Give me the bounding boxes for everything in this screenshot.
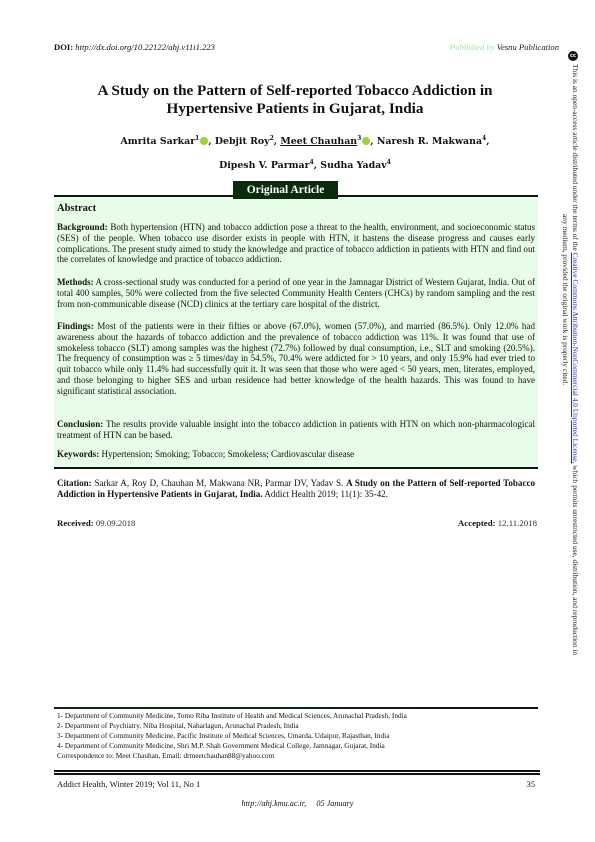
affiliation: 2- Department of Psychiatry, Niba Hospit… [57, 721, 537, 731]
divider [54, 770, 540, 772]
corresponding-author: Meet Chauhan [280, 136, 357, 147]
affiliation: 3- Department of Community Medicine, Pac… [57, 731, 537, 741]
author-list: Amrita Sarkar1, Debjit Roy2, Meet Chauha… [40, 130, 570, 178]
abstract-methods: Methods: A cross-sectional study was con… [57, 277, 535, 309]
publisher-name: Vesnu Publication [497, 42, 559, 52]
footer-url: http://ahj.kmu.ac.ir, 05 January [0, 799, 595, 808]
affiliations: 1- Department of Community Medicine, Tom… [57, 711, 537, 761]
creative-commons-icon: cc [568, 51, 578, 61]
doi-label: DOI: [54, 42, 73, 52]
publisher: Published by Vesnu Publication [450, 42, 559, 52]
author: Amrita Sarkar [121, 136, 196, 147]
divider [54, 707, 538, 709]
orcid-icon[interactable] [200, 137, 208, 145]
article-title: A Study on the Pattern of Self-reported … [60, 82, 530, 118]
journal-info: Addict Health, Winter 2019; Vol 11, No 1 [57, 779, 200, 789]
page-number: 35 [526, 779, 535, 789]
affiliation: 4- Department of Community Medicine, Shr… [57, 741, 537, 751]
abstract-background: Background: Both hypertension (HTN) and … [57, 222, 535, 265]
received-date: Received: 09.09.2018 [57, 518, 135, 528]
abstract-conclusion: Conclusion: The results provide valuable… [57, 419, 535, 441]
doi: DOI: http://dx.doi.org/10.22122/ahj.v11i… [54, 42, 215, 52]
abstract-heading: Abstract [57, 203, 96, 214]
accepted-date: Accepted: 12.11.2018 [458, 518, 537, 528]
divider [54, 467, 538, 469]
published-by-label: Published by [450, 42, 495, 52]
correspondence: Correspondence to: Meet Chauhan, Email: … [57, 751, 537, 761]
citation: Citation: Sarkar A, Roy D, Chauhan M, Ma… [57, 478, 535, 501]
license-link[interactable]: Creative Commons Attribution-NonCommerci… [571, 253, 580, 464]
affiliation: 1- Department of Community Medicine, Tom… [57, 711, 537, 721]
author: Dipesh V. Parmar [219, 160, 309, 171]
orcid-icon[interactable] [362, 137, 370, 145]
author: Debjit Roy [215, 136, 270, 147]
abstract-keywords: Keywords: Hypertension; Smoking; Tobacco… [57, 449, 535, 460]
doi-link[interactable]: http://dx.doi.org/10.22122/ahj.v11i1.223 [75, 42, 215, 52]
divider [54, 773, 540, 775]
author: Naresh R. Makwana [377, 136, 482, 147]
abstract-findings: Findings: Most of the patients were in t… [57, 321, 535, 397]
article-type-badge: Original Article [233, 181, 338, 199]
author: Sudha Yadav [320, 160, 386, 171]
